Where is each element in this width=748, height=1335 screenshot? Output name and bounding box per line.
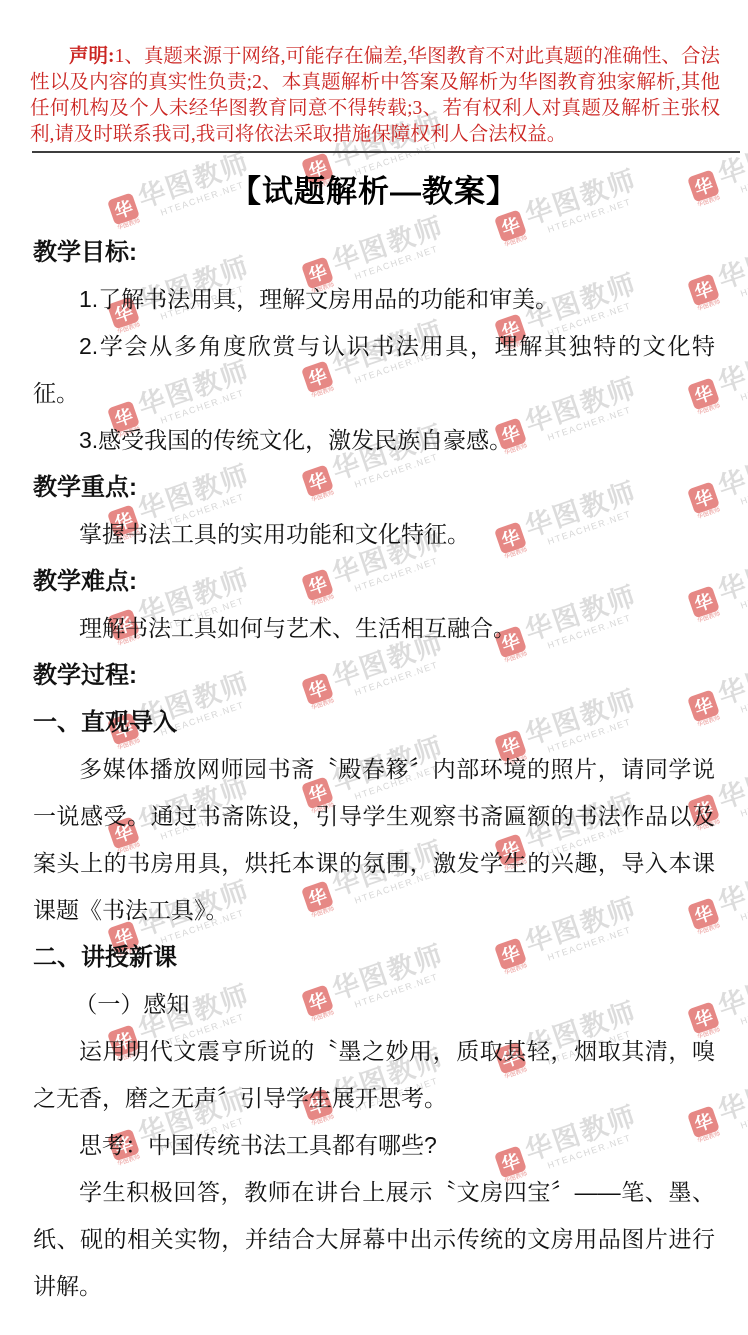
section-heading: 教学难点: <box>33 558 715 605</box>
paragraph: 思考：中国传统书法工具都有哪些? <box>33 1122 715 1169</box>
document-body: 声明:1、真题来源于网络,可能存在偏差,华图教育不对此真题的准确性、合法性以及内… <box>0 44 748 1310</box>
paragraph: 2.学会从多角度欣赏与认识书法用具，理解其独特的文化特征。 <box>33 323 715 417</box>
paragraph: 学生积极回答，教师在讲台上展示〝文房四宝〞——笔、墨、纸、砚的相关实物，并结合大… <box>33 1169 715 1310</box>
paragraph: 掌握书法工具的实用功能和文化特征。 <box>33 511 715 558</box>
sub-heading: （一）感知 <box>33 981 715 1028</box>
disclaimer: 声明:1、真题来源于网络,可能存在偏差,华图教育不对此真题的准确性、合法性以及内… <box>30 44 720 148</box>
paragraph: 1.了解书法用具，理解文房用品的功能和审美。 <box>33 276 715 323</box>
section-heading: 教学过程: <box>33 652 715 699</box>
section-heading: 教学目标: <box>33 229 715 276</box>
paragraph: 运用明代文震亨所说的〝墨之妙用，质取其轻，烟取其清，嗅之无香，磨之无声〞引导学生… <box>33 1028 715 1122</box>
document-content: 教学目标:1.了解书法用具，理解文房用品的功能和审美。2.学会从多角度欣赏与认识… <box>33 229 715 1310</box>
document-page: 华华图教师华图教师HTEACHER.NET华华图教师华图教师HTEACHER.N… <box>0 0 748 1335</box>
page-title: 【试题解析—教案】 <box>0 166 748 211</box>
disclaimer-text: 1、真题来源于网络,可能存在偏差,华图教育不对此真题的准确性、合法性以及内容的真… <box>30 46 720 145</box>
divider-line <box>32 151 740 153</box>
section-heading: 二、讲授新课 <box>33 934 715 981</box>
section-heading: 一、直观导入 <box>33 699 715 746</box>
disclaimer-label: 声明: <box>69 46 115 67</box>
section-heading: 教学重点: <box>33 464 715 511</box>
paragraph: 理解书法工具如何与艺术、生活相互融合。 <box>33 605 715 652</box>
paragraph: 多媒体播放网师园书斋〝殿春簃〞内部环境的照片，请同学说一说感受。通过书斋陈设，引… <box>33 746 715 934</box>
paragraph: 3.感受我国的传统文化，激发民族自豪感。 <box>33 417 715 464</box>
